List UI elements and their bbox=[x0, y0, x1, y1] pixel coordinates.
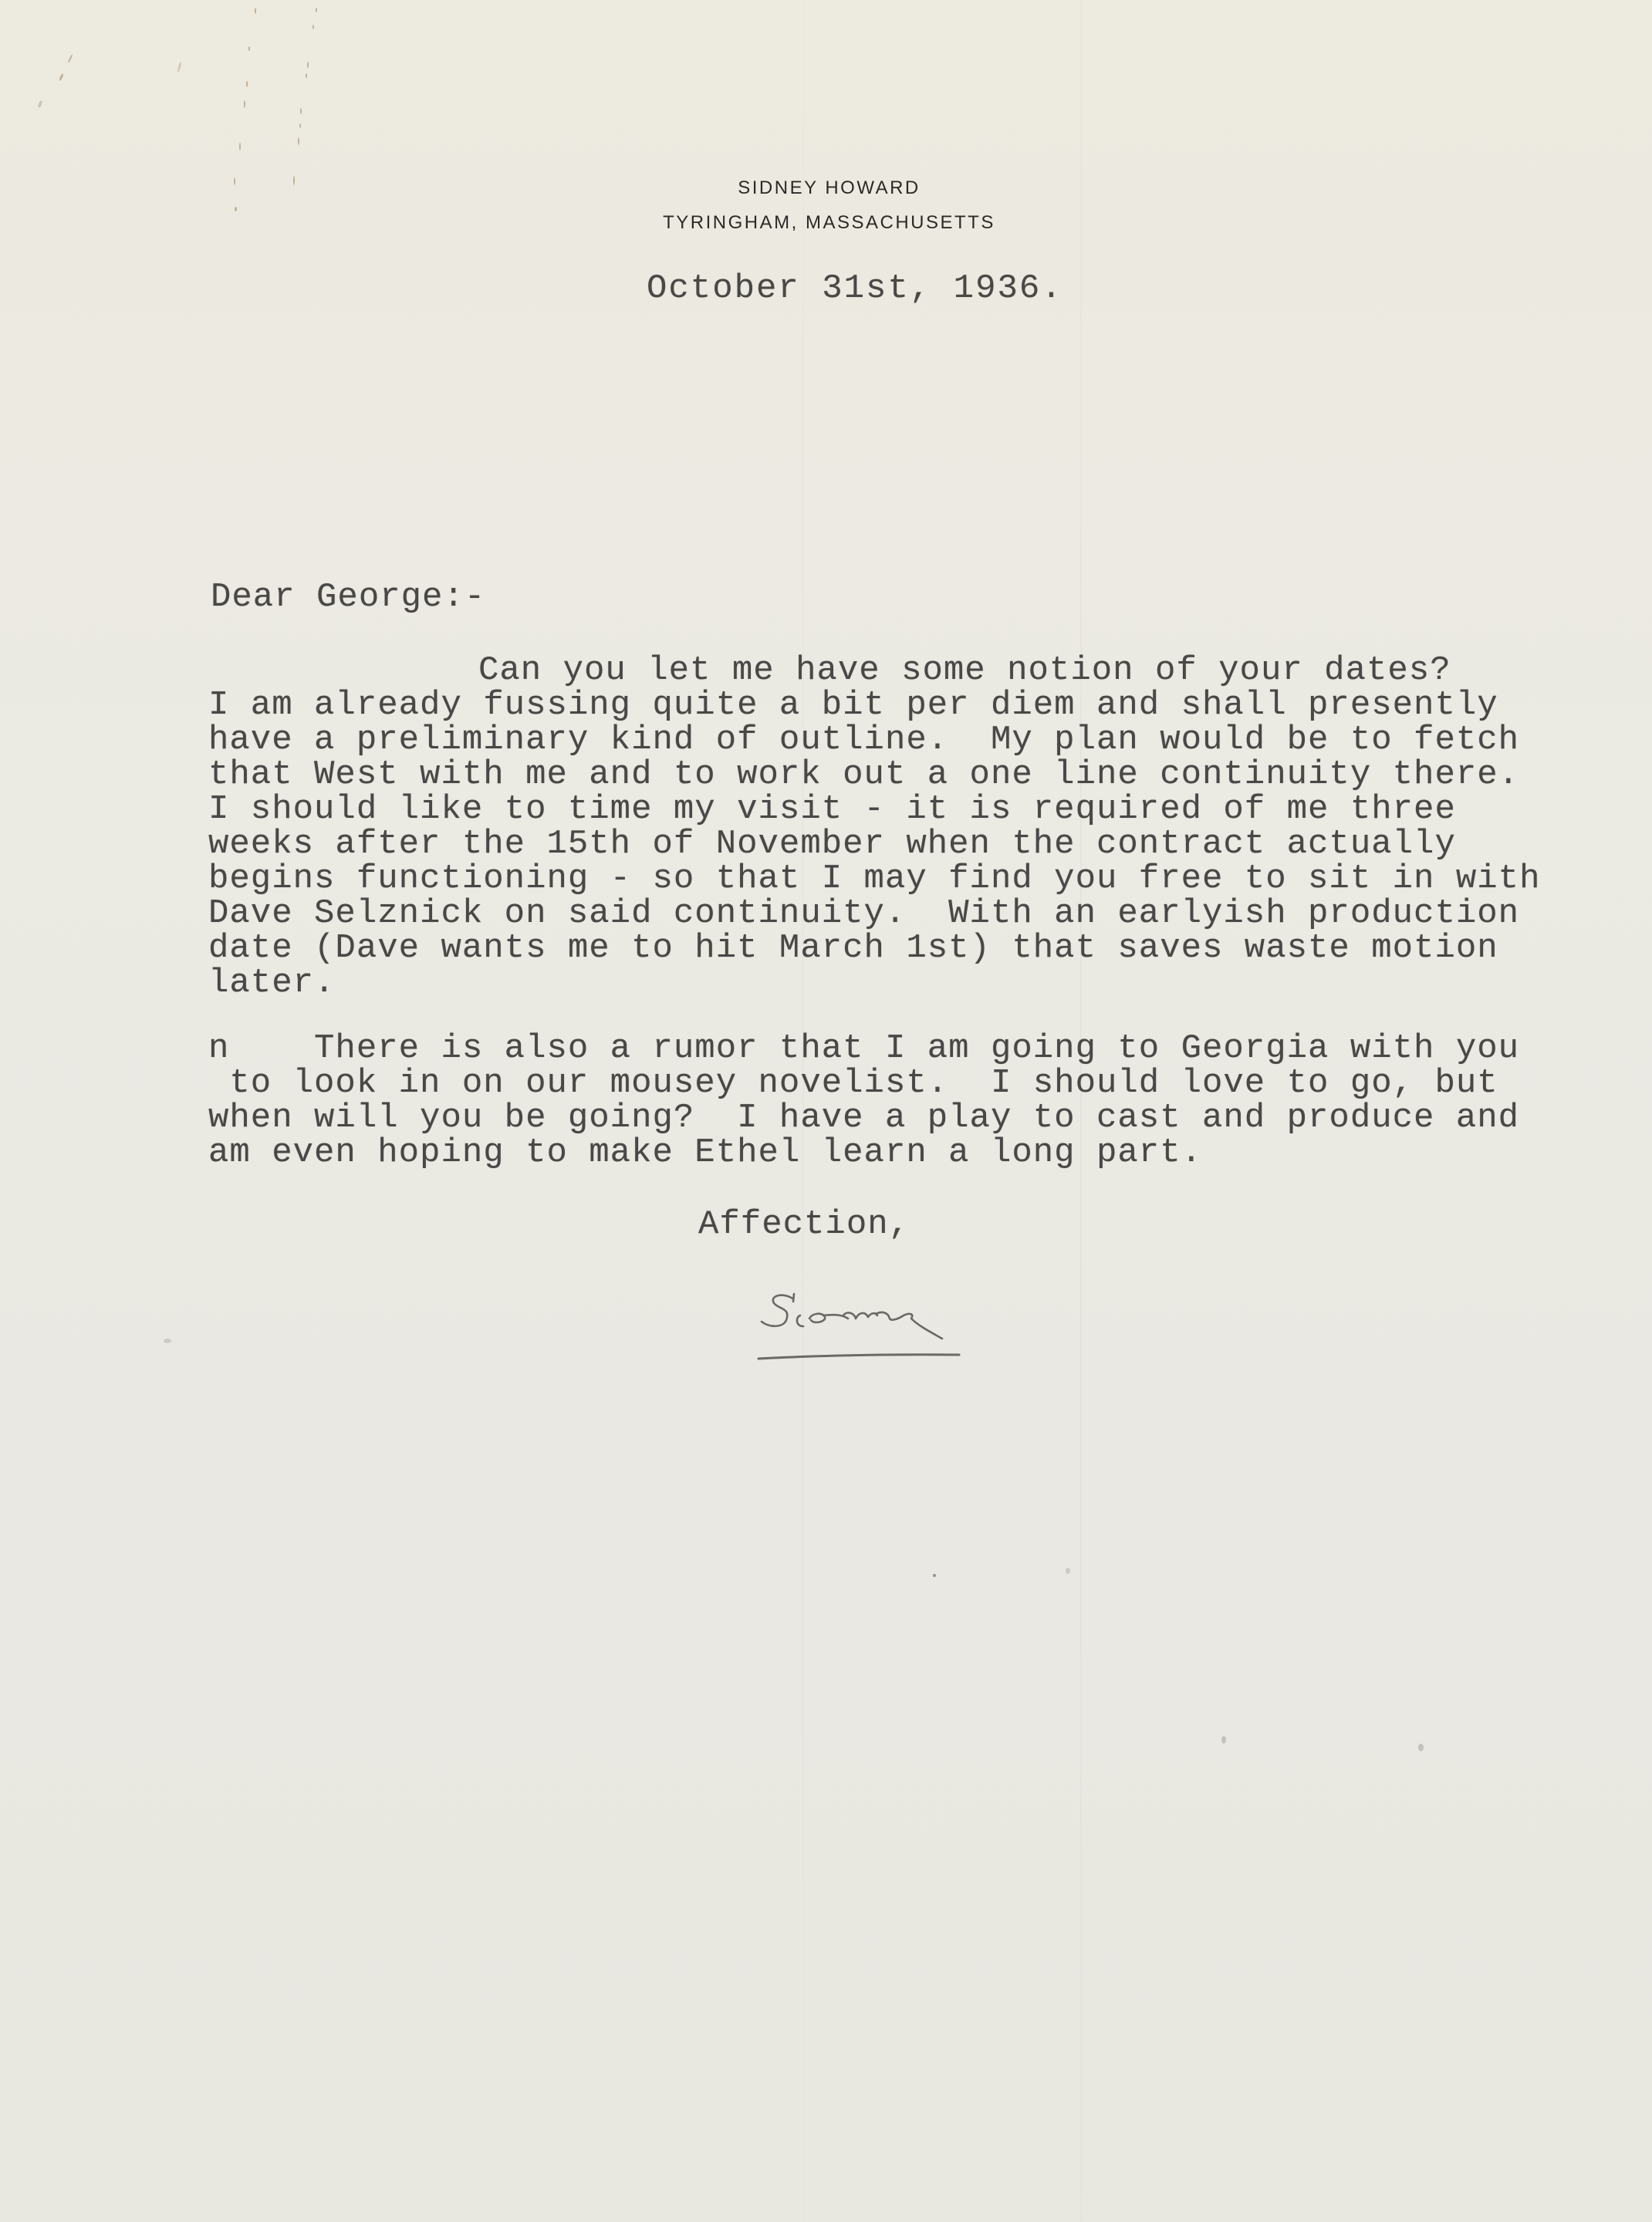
letterhead-address: TYRINGHAM, MASSACHUSETTS bbox=[3, 212, 1652, 234]
letter-page: SIDNEY HOWARD TYRINGHAM, MASSACHUSETTS O… bbox=[0, 0, 1652, 2222]
body-line: n There is also a rumor that I am going … bbox=[208, 1032, 1519, 1066]
salutation: Dear George:- bbox=[211, 580, 485, 614]
paper-speck bbox=[1221, 1736, 1226, 1744]
body-line: Can you let me have some notion of your … bbox=[208, 653, 1540, 688]
body-line: that West with me and to work out a one … bbox=[208, 758, 1540, 792]
letter-date: October 31st, 1936. bbox=[647, 272, 1063, 306]
body-line: Dave Selznick on said continuity. With a… bbox=[208, 897, 1540, 931]
body-line: I should like to time my visit - it is r… bbox=[208, 792, 1540, 827]
paper-speck bbox=[164, 1339, 171, 1343]
body-line: am even hoping to make Ethel learn a lon… bbox=[208, 1136, 1519, 1170]
paper-speck bbox=[933, 1574, 936, 1577]
body-paragraph-1: Can you let me have some notion of your … bbox=[208, 653, 1540, 1001]
body-line: to look in on our mousey novelist. I sho… bbox=[208, 1066, 1519, 1101]
letterhead-name: SIDNEY HOWARD bbox=[3, 177, 1652, 199]
body-line: when will you be going? I have a play to… bbox=[208, 1101, 1519, 1136]
handwritten-signature bbox=[752, 1285, 984, 1369]
paper-speck bbox=[1066, 1568, 1070, 1574]
body-line: begins functioning - so that I may find … bbox=[208, 862, 1540, 897]
body-line: weeks after the 15th of November when th… bbox=[208, 827, 1540, 862]
body-line: later. bbox=[208, 966, 1540, 1001]
body-line: I am already fussing quite a bit per die… bbox=[208, 688, 1540, 723]
paper-speck bbox=[1418, 1744, 1424, 1751]
body-paragraph-2: n There is also a rumor that I am going … bbox=[208, 1032, 1519, 1170]
body-line: date (Dave wants me to hit March 1st) th… bbox=[208, 931, 1540, 966]
body-line: have a preliminary kind of outline. My p… bbox=[208, 723, 1540, 758]
closing: Affection, bbox=[698, 1207, 910, 1241]
